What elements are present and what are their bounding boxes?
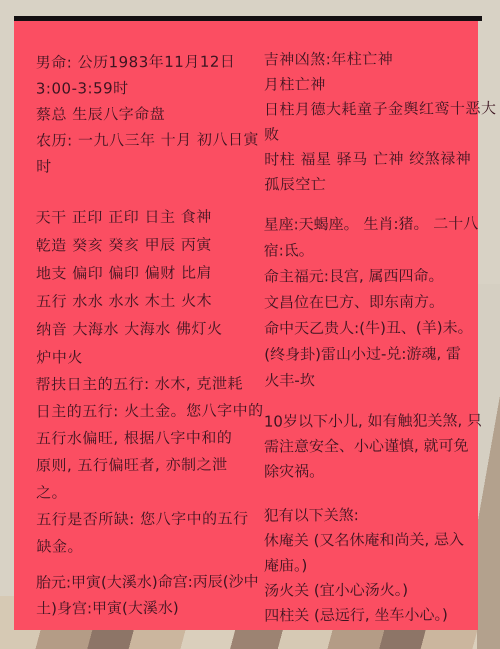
photo-background: 男命: 公历1983年11月12日3:00-3:59时蔡总 生辰八字命盘农历: …: [0, 0, 500, 649]
handwritten-line: 日柱月德大耗童子金舆红鸾十恶大: [264, 96, 482, 122]
handwritten-line: 月柱亡神: [264, 71, 482, 97]
handwritten-line: 宿:氐。: [264, 236, 482, 263]
child-note-block: 10岁以下小儿, 如有触犯关煞, 只需注意安全、小心谨慎, 就可免除灾祸。: [264, 408, 482, 484]
handwritten-line: 犯有以下关煞:: [264, 502, 482, 528]
handwritten-line: 土)身宫:甲寅(大溪水): [36, 594, 268, 621]
handwritten-line: 星座:天蝎座。 生肖:猪。 二十八: [264, 210, 482, 237]
handwritten-line: 3:00-3:59时: [36, 74, 268, 101]
handwritten-line: 时柱 福星 驿马 亡神 绞煞禄神: [264, 146, 482, 172]
handwritten-line: 需注意安全、小心谨慎, 就可免: [264, 433, 482, 459]
handwritten-line: 地支 偏印 偏印 偏财 比肩: [36, 258, 268, 287]
wuxing-analysis-block: 帮扶日主的五行: 水木, 克泄耗日主的五行: 火土金。您八字中的五行水偏旺, 根…: [36, 370, 269, 560]
handwritten-line: 文昌位在巳方、即东南方。: [264, 288, 482, 315]
handwritten-line: (终身卦)雷山小过-兑:游魂, 雷: [264, 340, 482, 367]
handwritten-line: 火丰-坎: [264, 366, 482, 393]
handwritten-line: 五行是否所缺: 您八字中的五行: [36, 505, 268, 533]
handwritten-line: 四柱关 (忌远行, 坐车小心。): [264, 602, 482, 628]
handwritten-line: 五行水偏旺, 根据八字中和的: [36, 424, 268, 452]
handwritten-line: 吉神凶煞:年柱亡神: [264, 46, 482, 72]
handwritten-line: 蔡总 生辰八字命盘: [36, 100, 268, 127]
handwritten-line: 日主的五行: 火土金。您八字中的: [36, 397, 268, 425]
handwritten-line: 胎元:甲寅(大溪水)命宫:丙辰(沙中: [36, 568, 268, 595]
handwritten-line: 农历: 一九八三年 十月 初八日寅: [36, 126, 268, 153]
four-pillars-block: 天干 正印 正印 日主 食神乾造 癸亥 癸亥 甲辰 丙寅地支 偏印 偏印 偏财 …: [36, 202, 269, 371]
handwritten-line: 10岁以下小儿, 如有触犯关煞, 只: [264, 408, 482, 434]
handwritten-line: 纳音 大海水 大海水 佛灯火: [36, 314, 268, 343]
astrology-block: 星座:天蝎座。 生肖:猪。 二十八宿:氐。命主福元:艮宫, 属西四命。文昌位在巳…: [264, 210, 483, 393]
handwritten-line: 休庵关 (又名休庵和尚关, 忌入: [264, 527, 482, 553]
handwritten-line: 汤火关 (宜小心汤火。): [264, 577, 482, 603]
palaces-block: 胎元:甲寅(大溪水)命宫:丙辰(沙中土)身宫:甲寅(大溪水): [36, 568, 268, 621]
handwritten-line: 庵庙。): [264, 552, 482, 578]
birth-info-block: 男命: 公历1983年11月12日3:00-3:59时蔡总 生辰八字命盘农历: …: [36, 48, 269, 179]
handwritten-line: 之。: [36, 478, 268, 506]
handwritten-line: 原则, 五行偏旺者, 亦制之泄: [36, 451, 268, 479]
handwritten-line: 五行 水水 水水 木土 火木: [36, 286, 268, 315]
handwritten-line: 帮扶日主的五行: 水木, 克泄耗: [36, 370, 268, 398]
handwritten-line: 缺金。: [36, 532, 268, 560]
handwritten-line: 孤辰空亡: [264, 171, 482, 197]
red-fortune-card: 男命: 公历1983年11月12日3:00-3:59时蔡总 生辰八字命盘农历: …: [14, 21, 478, 630]
handwritten-line: 乾造 癸亥 癸亥 甲辰 丙寅: [36, 230, 268, 259]
handwritten-line: 败: [264, 121, 482, 147]
shensha-block: 吉神凶煞:年柱亡神月柱亡神日柱月德大耗童子金舆红鸾十恶大败时柱 福星 驿马 亡神…: [264, 46, 483, 197]
guansha-block: 犯有以下关煞:休庵关 (又名休庵和尚关, 忌入庵庙。)汤火关 (宜小心汤火。)四…: [264, 502, 483, 628]
handwritten-line: 命中天乙贵人:(牛)丑、(羊)未。: [264, 314, 482, 341]
handwritten-line: 天干 正印 正印 日主 食神: [36, 202, 268, 231]
handwritten-line: 男命: 公历1983年11月12日: [36, 48, 268, 75]
handwritten-line: 除灾祸。: [264, 458, 482, 484]
handwritten-line: 炉中火: [36, 342, 268, 371]
handwritten-line: 命主福元:艮宫, 属西四命。: [264, 262, 482, 289]
handwritten-line: 时: [36, 152, 268, 179]
